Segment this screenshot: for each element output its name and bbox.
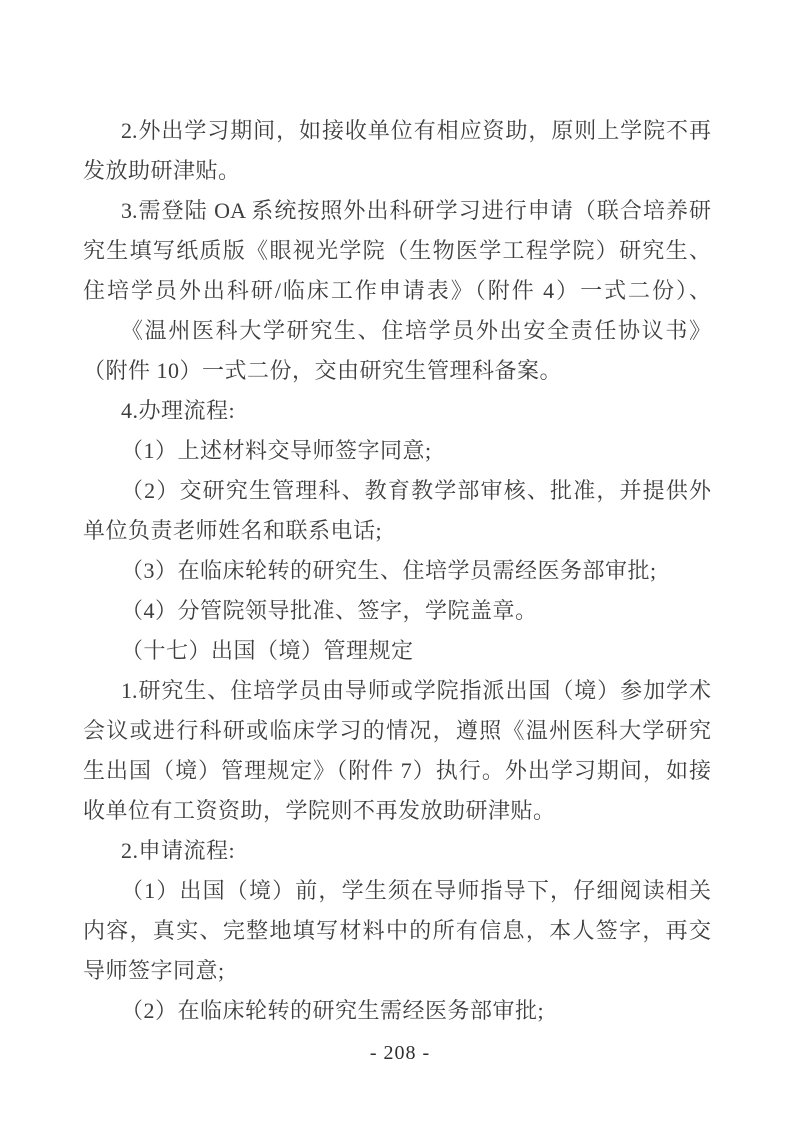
text-line: 内容，真实、完整地填写材料中的所有信息，本人签字，再交 bbox=[83, 911, 711, 951]
text-line: 发放助研津贴。 bbox=[83, 151, 711, 191]
text-line: 2.申请流程: bbox=[83, 831, 711, 871]
text-line: （2）在临床轮转的研究生需经医务部审批; bbox=[83, 991, 711, 1031]
page-footer: - 208 - bbox=[0, 1042, 800, 1065]
text-line: 会议或进行科研或临床学习的情况，遵照《温州医科大学研究 bbox=[83, 711, 711, 751]
text-line: （1）上述材料交导师签字同意; bbox=[83, 431, 711, 471]
text-line: （十七）出国（境）管理规定 bbox=[83, 631, 711, 671]
text-line: 4.办理流程: bbox=[83, 391, 711, 431]
document-body: 2.外出学习期间，如接收单位有相应资助，原则上学院不再发放助研津贴。3.需登陆 … bbox=[83, 111, 711, 1031]
text-line: （1）出国（境）前，学生须在导师指导下，仔细阅读相关 bbox=[83, 871, 711, 911]
text-line: 收单位有工资资助，学院则不再发放助研津贴。 bbox=[83, 791, 711, 831]
text-line: 生出国（境）管理规定》（附件 7）执行。外出学习期间，如接 bbox=[83, 751, 711, 791]
text-line: 3.需登陆 OA 系统按照外出科研学习进行申请（联合培养研 bbox=[83, 191, 711, 231]
page-number: - 208 - bbox=[370, 1042, 430, 1064]
text-line: （附件 10）一式二份，交由研究生管理科备案。 bbox=[83, 351, 711, 391]
text-line: 1.研究生、住培学员由导师或学院指派出国（境）参加学术 bbox=[83, 671, 711, 711]
text-line: 住培学员外出科研/临床工作申请表》（附件 4）一式二份）、 bbox=[83, 271, 711, 311]
text-line: 《温州医科大学研究生、住培学员外出安全责任协议书》 bbox=[83, 311, 711, 351]
text-line: 单位负责老师姓名和联系电话; bbox=[83, 511, 711, 551]
text-line: （3）在临床轮转的研究生、住培学员需经医务部审批; bbox=[83, 551, 711, 591]
text-line: 2.外出学习期间，如接收单位有相应资助，原则上学院不再 bbox=[83, 111, 711, 151]
text-line: （4）分管院领导批准、签字，学院盖章。 bbox=[83, 591, 711, 631]
text-line: （2）交研究生管理科、教育教学部审核、批准，并提供外 bbox=[83, 471, 711, 511]
text-line: 导师签字同意; bbox=[83, 951, 711, 991]
document-page: 2.外出学习期间，如接收单位有相应资助，原则上学院不再发放助研津贴。3.需登陆 … bbox=[0, 0, 800, 1131]
text-line: 究生填写纸质版《眼视光学院（生物医学工程学院）研究生、 bbox=[83, 231, 711, 271]
